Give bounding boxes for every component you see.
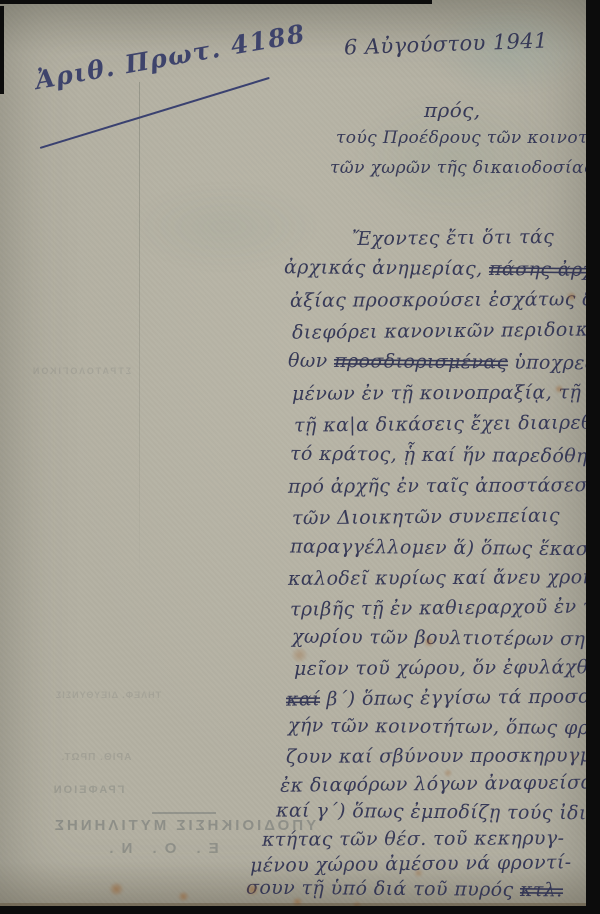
body-line: μένου χώρου ἀμέσου νά φροντί- — [250, 850, 572, 877]
scanner-edge-right — [586, 0, 600, 914]
body-line: Ἔχοντες ἔτι ὅτι τάς — [352, 225, 555, 251]
bleedthrough-rule — [152, 812, 216, 814]
body-text: παραγγέλλομεν ἅ) ὅπως ἕκαστος — [290, 536, 600, 561]
scanner-edge-left — [0, 6, 4, 94]
body-line: ἐκ διαφόρων λόγων ἀναφυείσας — [280, 770, 600, 797]
body-text: διεφόρει κανονικῶν περιδοικό- — [292, 318, 600, 343]
body-line: παραγγέλλομεν ἅ) ὅπως ἕκαστος — [290, 535, 600, 562]
body-text: καί γ´) ὅπως ἐμποδίζῃ τούς ἰδιο- — [276, 800, 600, 825]
foxing-stain — [291, 648, 308, 662]
body-line: ἀξίας προσκρούσει ἐσχάτως δύο — [290, 287, 600, 313]
body-line: κτήτας τῶν θέσ. τοῦ κεκηρυγ- — [262, 826, 565, 852]
body-line: χήν τῶν κοινοτήτων, ὅπως φροντί- — [288, 713, 600, 740]
foxing-stain — [178, 892, 189, 901]
body-text: ἀξίας προσκρούσει ἐσχάτως δύο — [290, 288, 600, 312]
foxing-stain — [444, 769, 452, 777]
addressee-line: τούς Προέδρους τῶν κοινοτή- — [336, 128, 600, 148]
body-text: πρό ἀρχῆς ἐν ταῖς ἀποστάσεσι — [288, 474, 596, 498]
fold-crease — [139, 82, 140, 582]
body-line: θων προσδιορισμένας ὑποχρεω- — [288, 349, 600, 376]
body-text: χωρίου τῶν βουλτιοτέρων ση- — [292, 626, 592, 651]
body-line: τό κράτος, ᾗ καί ἥν παρεδόθη — [290, 442, 588, 469]
addressee-line: τῶν χωρῶν τῆς δικαιοδοσίας. — [330, 158, 600, 178]
body-line: μένων ἐν τῇ κοινοπραξίᾳ, τῇ ἧς ἐν — [292, 380, 600, 406]
body-line: μεῖον τοῦ χώρου, ὅν ἐφυλάχθη· — [294, 655, 600, 681]
body-text: καλοδεῖ κυρίως καί ἄνευ χρονο- — [288, 566, 600, 590]
scanner-edge-top — [0, 0, 432, 4]
body-line: τριβῆς τῇ ἐν καθιεραρχοῦ ἐν τῷ — [290, 594, 600, 621]
body-line: τῇ κα|α δικάσεις ἔχει διαιρεθῆ — [294, 410, 600, 437]
foxing-stain — [109, 883, 124, 895]
body-text: σουν τῇ ὑπό διά τοῦ πυρός — [246, 877, 520, 901]
bleedthrough-label: ΣΤΡΑΤΟΛΟΓΙΚΟΝ — [16, 366, 146, 376]
body-text: ἐκ διαφόρων λόγων ἀναφυείσας — [280, 771, 600, 796]
strikethrough-text: κτλ. — [520, 879, 563, 901]
body-text: τριβῆς τῇ ἐν καθιεραρχοῦ ἐν τῷ — [290, 595, 600, 620]
body-line: καλοδεῖ κυρίως καί ἄνευ χρονο- — [288, 565, 600, 591]
body-text: μένου χώρου ἀμέσου νά φροντί- — [250, 851, 572, 876]
body-line: διεφόρει κανονικῶν περιδοικό- — [292, 317, 600, 344]
body-line: καί β´) ὅπως ἐγγίσω τά προσο- — [286, 684, 597, 711]
body-text: τῇ κα|α δικάσεις ἔχει διαιρεθῆ — [294, 411, 600, 436]
body-text: ἀρχικάς ἀνημερίας, — [284, 256, 489, 280]
body-text: κτήτας τῶν θέσ. τοῦ κεκηρυγ- — [262, 827, 565, 851]
body-text: β´) ὅπως ἐγγίσω τά προσο- — [320, 685, 597, 710]
body-text: χήν τῶν κοινοτήτων, ὅπως φροντί- — [288, 714, 600, 739]
salutation: πρός, — [424, 98, 481, 122]
foxing-stain — [567, 292, 576, 301]
body-line: ἀρχικάς ἀνημερίας, πάσης ἀρχαιότητος — [284, 255, 600, 282]
body-text: Ἔχοντες ἔτι ὅτι τάς — [352, 226, 555, 250]
body-text: ζουν καί σβύνουν προσκηρυγμένας — [286, 744, 600, 768]
bleedthrough-label: ΤΗΛΕΦ. ΔΙΕΥΘΥΝΣΙΣ — [28, 690, 188, 700]
scanner-edge-bottom — [0, 906, 600, 914]
body-line: τῶν Διοικητῶν συνεπείαις — [292, 504, 560, 531]
body-text: τό κράτος, ᾗ καί ἥν παρεδόθη — [290, 443, 588, 468]
body-line: καί γ´) ὅπως ἐμποδίζῃ τούς ἰδιο- — [276, 799, 600, 826]
foxing-stain — [414, 869, 423, 877]
foxing-stain — [424, 637, 434, 647]
body-line: ζουν καί σβύνουν προσκηρυγμένας — [286, 743, 600, 769]
body-line: πρό ἀρχῆς ἐν ταῖς ἀποστάσεσι — [288, 473, 596, 499]
foxing-stain — [555, 385, 563, 393]
foxing-stain — [571, 754, 577, 760]
body-text: θων — [288, 350, 334, 372]
foxing-stain — [246, 884, 259, 895]
strikethrough-text: προσδιορισμένας — [334, 350, 508, 374]
body-text: τῶν Διοικητῶν συνεπείαις — [292, 505, 560, 530]
body-text: μεῖον τοῦ χώρου, ὅν ἐφυλάχθη· — [294, 656, 600, 680]
bleedthrough-label: ΓΡΑΦΕΙΟΝ — [28, 784, 148, 796]
strikethrough-text: καί — [286, 688, 320, 710]
body-line: χωρίου τῶν βουλτιοτέρων ση- — [292, 625, 592, 652]
bleedthrough-eon: Ε. Ο. Ν. — [70, 840, 250, 857]
body-text: μένων ἐν τῇ κοινοπραξίᾳ, τῇ ἧς ἐν — [292, 381, 600, 405]
scanned-document-page: ΣΤΡΑΤΟΛΟΓΙΚΟΝ ΤΗΛΕΦ. ΔΙΕΥΘΥΝΣΙΣ ΑΡΙΘ. ΠΡ… — [0, 0, 600, 914]
bleedthrough-label: ΑΡΙΘ. ΠΡΩΤ. — [26, 752, 166, 763]
strikethrough-text: πάσης ἀρχαιότητος — [489, 258, 600, 282]
